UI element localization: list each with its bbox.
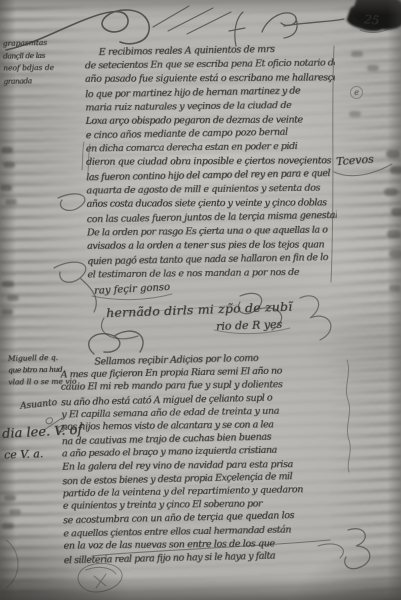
manuscript-paragraph-2: Sellamos reçibir Adiçios por lo comoA me… <box>60 351 350 570</box>
circled-mark: e <box>350 86 363 99</box>
margin-note-line: granada <box>3 74 75 88</box>
manuscript-paragraph-1: E recibimos reales A quinientos de mrsde… <box>85 42 338 283</box>
ink-blotches <box>0 0 10 4</box>
notary-signature-tail: rio de R yes <box>216 318 283 333</box>
margin-fee-note-2: ce V. a. <box>4 447 44 461</box>
margin-note-top-left: grapasmtasdançll de lasneof bdjas degran… <box>3 36 76 87</box>
margin-note-line: neof bdjas de <box>3 62 75 75</box>
margin-gloss-right: Tcevos <box>336 153 374 169</box>
manuscript-photo: grapasmtasdançll de lasneof bdjas degran… <box>0 0 401 600</box>
margin-note-line: dançll de las <box>3 49 75 63</box>
folio-number: 25 <box>363 12 380 28</box>
manuscript-line: el testimaron de las e nos mandan a por … <box>87 265 337 282</box>
